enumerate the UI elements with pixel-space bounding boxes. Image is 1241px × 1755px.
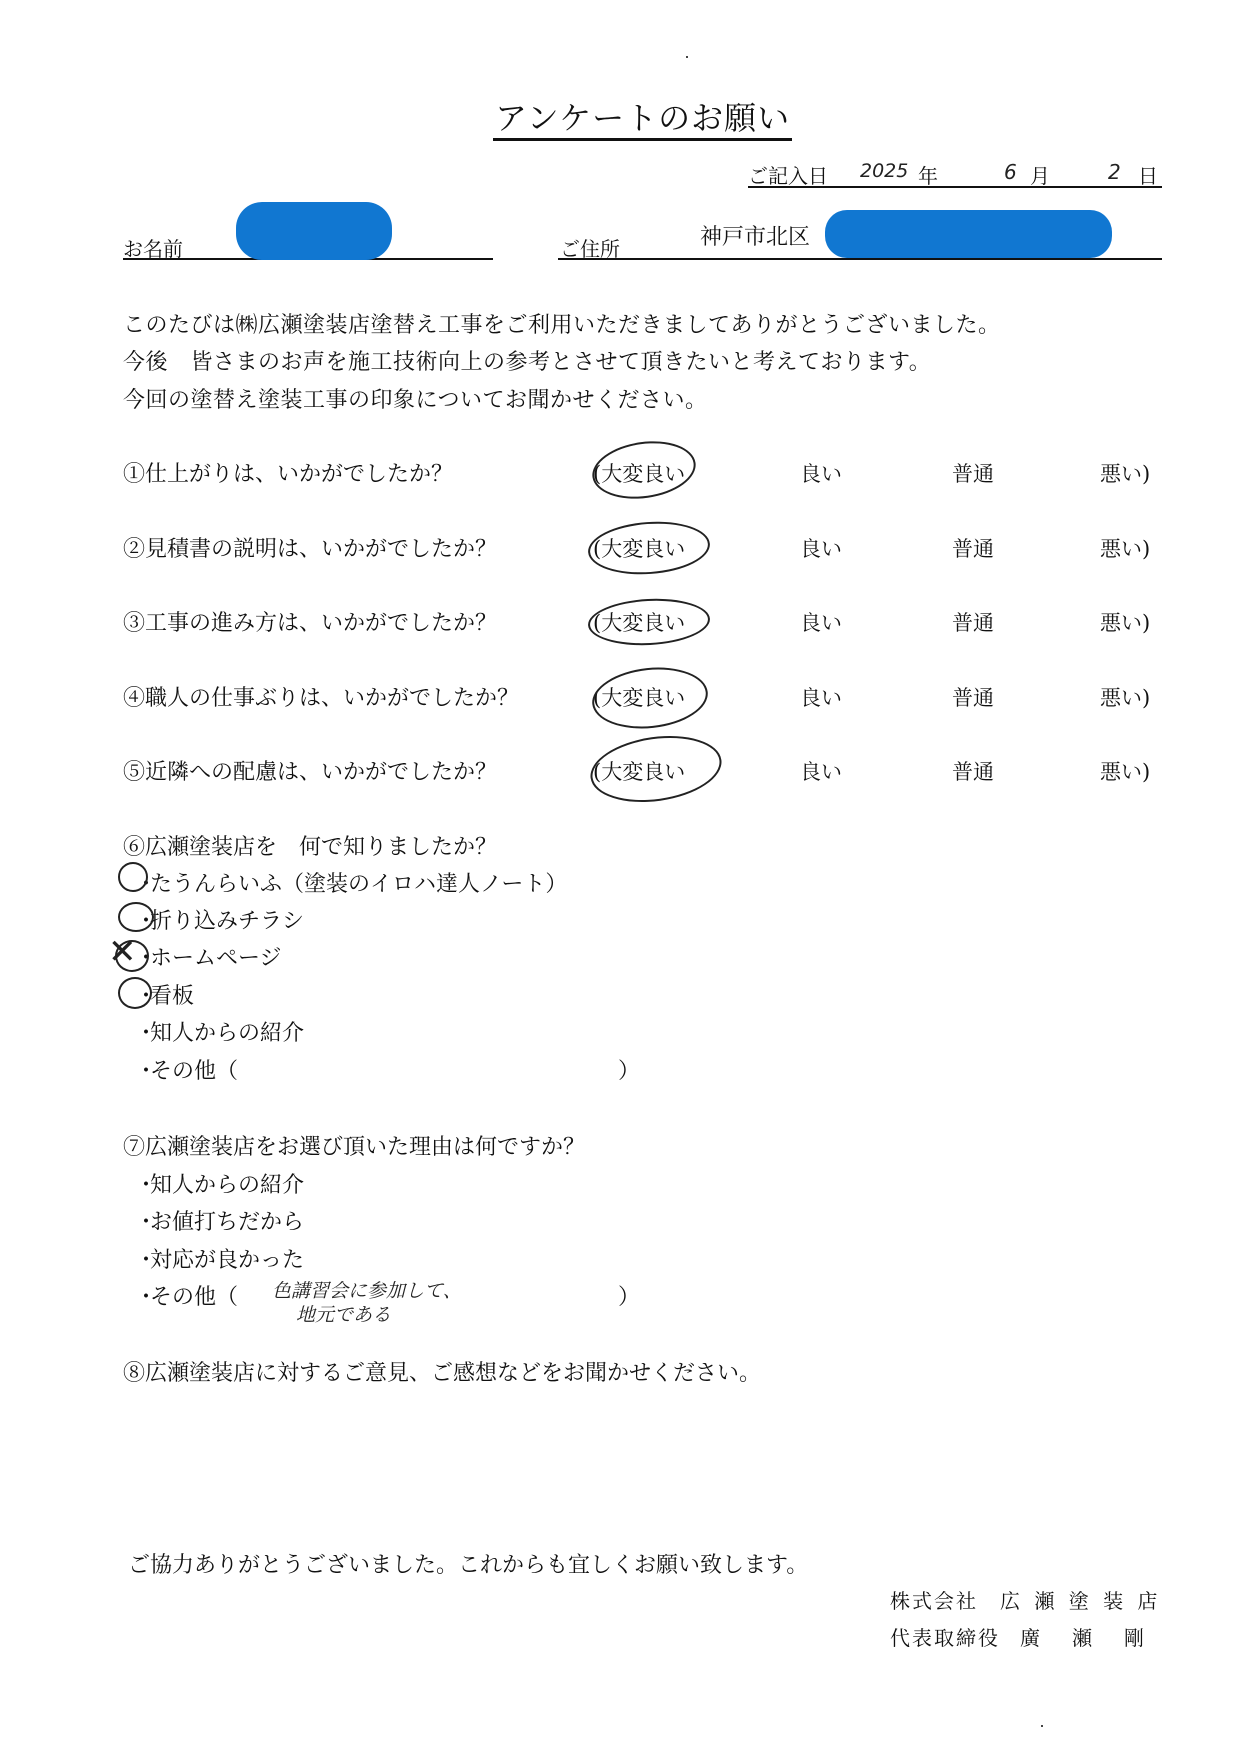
handwritten-answer-line-1[interactable]: 色講習会に参加して、	[272, 1276, 462, 1303]
date-year-value[interactable]: 2025	[860, 160, 908, 182]
question-label: ②見積書の説明は、いかがでしたか？	[123, 532, 497, 563]
check-circle-icon	[118, 862, 148, 892]
address-underline	[558, 258, 1162, 260]
q7-label: ⑦広瀬塗装店をお選び頂いた理由は何ですか？	[123, 1130, 585, 1161]
choice-good[interactable]: 良い	[800, 756, 842, 786]
date-field: ご記入日 2025 年 6 月 2 日	[748, 158, 1162, 188]
choice-good[interactable]: 良い	[800, 533, 842, 563]
representative-name: 廣 瀬 剛	[1020, 1622, 1150, 1651]
selection-circle	[589, 662, 711, 734]
representative-title: 代表取締役	[890, 1622, 1000, 1651]
closing-message: ご協力ありがとうございました。これからも宜しくお願い致します。	[128, 1548, 808, 1579]
option-text: その他（	[150, 1054, 238, 1085]
option-text: 知人からの紹介	[150, 1168, 304, 1199]
cross-out-icon: ✕	[108, 935, 137, 969]
choice-average[interactable]: 普通	[952, 533, 994, 563]
page-title: アンケートのお願い	[493, 100, 792, 141]
choice-average[interactable]: 普通	[952, 682, 994, 712]
q8-answer-area[interactable]	[123, 1395, 1163, 1535]
date-month-value[interactable]: 6	[1004, 160, 1017, 184]
intro-line-1: このたびは㈱広瀬塗装店塗替え工事をご利用いただきましてありがとうございました。	[123, 308, 1001, 339]
choice-average[interactable]: 普通	[952, 756, 994, 786]
selection-circle	[586, 518, 711, 578]
choice-average[interactable]: 普通	[952, 607, 994, 637]
selection-circle	[589, 435, 700, 505]
q8-label: ⑧広瀬塗装店に対するご意見、ご感想などをお聞かせください。	[123, 1356, 761, 1387]
company-type: 株式会社	[890, 1585, 978, 1614]
check-circle-icon	[118, 902, 154, 932]
choice-bad[interactable]: 悪い)	[1100, 458, 1150, 488]
option-text: 対応が良かった	[150, 1243, 304, 1274]
option-text: 折り込みチラシ	[150, 904, 304, 935]
date-year-unit: 年	[918, 160, 938, 189]
choice-good[interactable]: 良い	[800, 458, 842, 488]
option-text: 看板	[150, 979, 194, 1010]
option-text: お値打ちだから	[150, 1205, 304, 1236]
choice-bad[interactable]: 悪い)	[1100, 607, 1150, 637]
selection-circle	[587, 596, 711, 648]
company-name: 広 瀬 塗 装 店	[1000, 1585, 1161, 1614]
name-redaction	[236, 202, 392, 260]
address-value[interactable]: 神戸市北区	[700, 220, 810, 251]
choice-good[interactable]: 良い	[800, 682, 842, 712]
scan-speck	[686, 56, 688, 58]
question-label: ⑤近隣への配慮は、いかがでしたか？	[123, 755, 497, 786]
date-day-value[interactable]: 2	[1108, 160, 1121, 184]
date-month-unit: 月	[1030, 160, 1050, 189]
question-label: ③工事の進み方は、いかがでしたか？	[123, 606, 497, 637]
choice-average[interactable]: 普通	[952, 458, 994, 488]
option-text: その他（	[150, 1280, 238, 1311]
date-day-unit: 日	[1138, 160, 1158, 189]
option-text: ホームページ	[150, 941, 282, 972]
close-paren: ）	[618, 1054, 640, 1085]
question-label: ①仕上がりは、いかがでしたか？	[123, 457, 453, 488]
choice-bad[interactable]: 悪い)	[1100, 682, 1150, 712]
question-label: ④職人の仕事ぶりは、いかがでしたか？	[123, 681, 519, 712]
handwritten-answer-line-2[interactable]: 地元である	[296, 1300, 391, 1327]
option-text: たうんらいふ（塗装のイロハ達人ノート）	[150, 867, 567, 898]
choice-good[interactable]: 良い	[800, 607, 842, 637]
check-circle-icon	[118, 977, 152, 1009]
scan-speck	[1041, 1725, 1043, 1727]
date-label: ご記入日	[748, 160, 828, 189]
address-redaction	[825, 210, 1112, 258]
option-text: 知人からの紹介	[150, 1016, 304, 1047]
q6-label: ⑥広瀬塗装店を 何で知りましたか？	[123, 830, 497, 861]
close-paren: ）	[618, 1280, 640, 1311]
selection-circle	[586, 728, 726, 810]
choice-bad[interactable]: 悪い)	[1100, 756, 1150, 786]
intro-line-2: 今後 皆さまのお声を施工技術向上の参考とさせて頂きたいと考えております。	[123, 345, 931, 376]
intro-line-3: 今回の塗替え塗装工事の印象についてお聞かせください。	[123, 383, 708, 414]
choice-bad[interactable]: 悪い)	[1100, 533, 1150, 563]
